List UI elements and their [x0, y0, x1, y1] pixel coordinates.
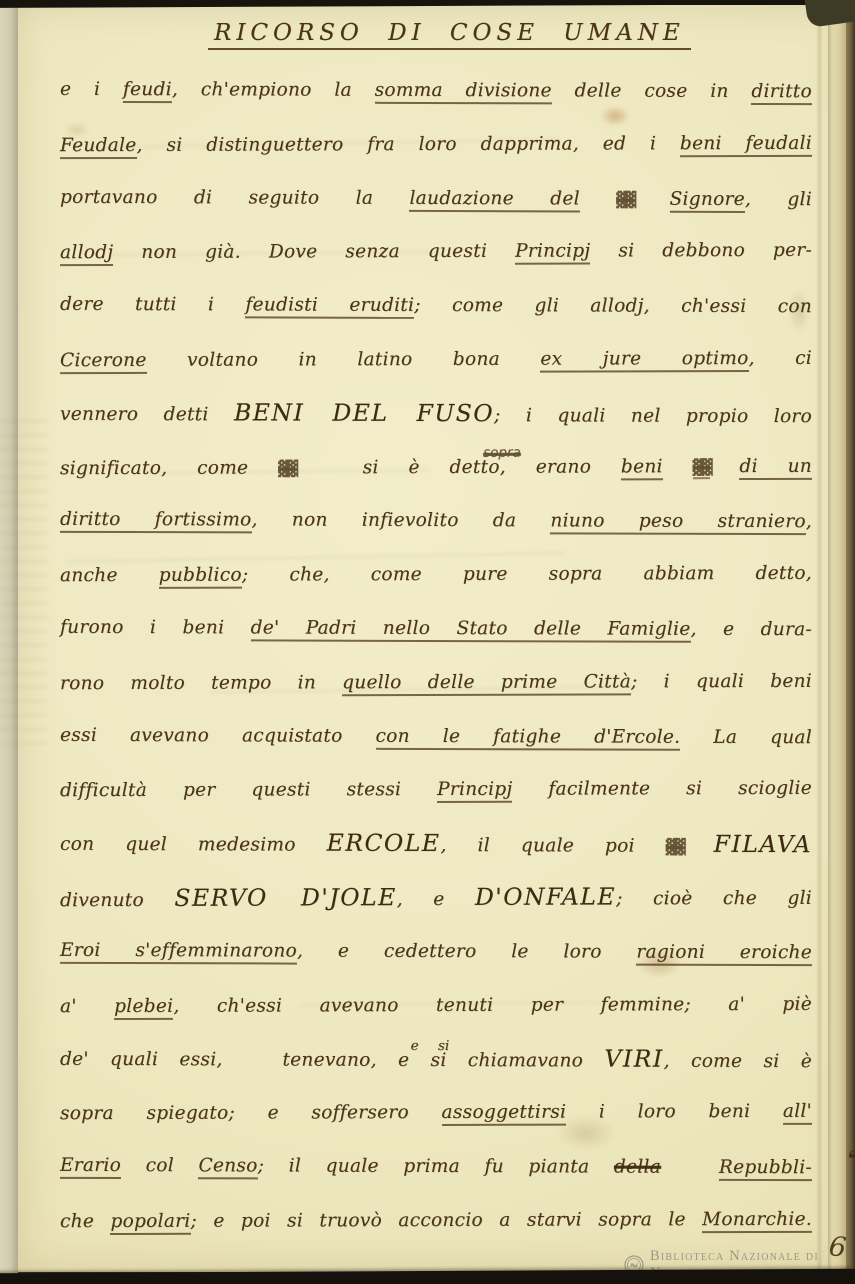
handwritten-text: dere tutti i [60, 294, 245, 316]
handwritten-text: , non infievolito da [251, 510, 550, 532]
handwritten-text: La qual [680, 726, 812, 747]
handwritten-text: , e cedettero le loro [297, 940, 636, 962]
handwritten-text: ; i quali beni [631, 671, 812, 693]
handwritten-text: si è detto, erano [333, 456, 621, 478]
handwritten-text: si debbono per- [590, 240, 812, 262]
handwritten-text: pubblico [159, 565, 242, 589]
handwritten-text: sopra spiegato; e soffersero [60, 1102, 442, 1124]
handwritten-text: Feudale [60, 135, 137, 159]
handwritten-text: col [121, 1155, 198, 1176]
scribble-blot: ▓▓ [693, 458, 710, 479]
handwritten-text: che [60, 1211, 111, 1232]
handwritten-text: facilmente si scioglie [512, 778, 812, 800]
manuscript-line: Eroi s'effemminarono, e cedettero le lor… [60, 924, 812, 980]
handwritten-text: Cicerone [60, 350, 147, 374]
book-edge [846, 0, 855, 1284]
scribble-blot: ▓▓ [616, 190, 633, 208]
handwritten-text: e i [60, 79, 123, 100]
handwritten-text: beni [621, 456, 663, 480]
handwritten-text: FILAVA [714, 830, 812, 858]
handwritten-text: voltano in latino bona [147, 349, 541, 371]
page-number-mark: 6 [827, 1231, 847, 1264]
handwritten-text: di un [739, 455, 812, 479]
manuscript-line: essi avevano acquistato con le fatighe d… [60, 708, 812, 764]
manuscript-line: de' quali essi,e si tenevano, e si chiam… [60, 1031, 812, 1087]
manuscript-line: vennero detti BENI DEL FUSO; i quali nel… [60, 386, 812, 442]
handwritten-text: , gli [745, 189, 812, 210]
page-fold-line [818, 0, 821, 1284]
handwritten-text: , si distinguettero fra loro dapprima, e… [136, 133, 679, 156]
manuscript-line: allodj non già. Dove senza questi Princi… [60, 224, 812, 280]
interlinear-insertion: delle [849, 1145, 855, 1161]
handwritten-text: somma divisione [375, 80, 552, 105]
handwritten-text: , il quale poi [440, 835, 665, 857]
handwritten-text: all' [783, 1101, 812, 1125]
manuscript-line: divenuto SERVO D'JOLE, e D'ONFALE; cioè … [60, 870, 812, 926]
handwritten-text: VIRI [604, 1045, 663, 1073]
manuscript-line: portavano di seguito la laudazione del ▓… [60, 170, 812, 226]
struck-word: delladelle [614, 1156, 694, 1177]
handwritten-text: popolari [110, 1211, 190, 1235]
handwritten-text: Signore [670, 188, 745, 212]
handwritten-text: tenevano, e si chiamavano [261, 1050, 604, 1072]
handwritten-text [710, 456, 740, 477]
handwritten-text: ; i quali nel propio loro [494, 405, 812, 427]
handwritten-text: niuno peso straniero [550, 511, 806, 536]
handwritten-text: , e [397, 889, 475, 910]
handwritten-text: ; come gli allodj, ch'essi con [414, 295, 812, 317]
manuscript-line: dere tutti i feudisti eruditi; come gli … [60, 278, 812, 334]
manuscript-line: Cicerone voltano in latino bona ex jure … [60, 332, 812, 388]
handwritten-text: divenuto [60, 890, 174, 911]
manuscript-line: Erario col Censo; il quale prima fu pian… [60, 1139, 812, 1195]
handwritten-text: beni feudali [680, 133, 812, 157]
handwritten-text: furono i beni [60, 617, 251, 639]
handwritten-text: de' Padri nello Stato delle Famiglie [251, 617, 691, 642]
handwritten-text: , e dura- [690, 619, 812, 640]
handwritten-text: rono molto tempo in [60, 672, 342, 694]
page-title: RICORSO DI COSE UMANE [208, 20, 691, 50]
scribble-blot: ▓▓sopra [278, 459, 333, 477]
handwritten-text: , ci [749, 348, 813, 369]
handwritten-text: ; il quale prima fu pianta [258, 1155, 614, 1177]
handwritten-text: Eroi s'effemminarono [60, 940, 297, 965]
manuscript-line: diritto fortissimo, non infievolito da n… [60, 493, 812, 549]
handwritten-text: delle cose in [552, 80, 752, 102]
handwritten-text: , [806, 512, 812, 533]
handwritten-text: de' quali essi,e si [60, 1049, 261, 1071]
handwritten-text [683, 836, 714, 857]
page-fore-edge [828, 0, 846, 1284]
handwritten-text: ex jure optimo [540, 348, 748, 373]
handwritten-text: ; cioè che gli [616, 888, 812, 910]
manuscript-lines: e i feudi, ch'empiono la somma divisione… [60, 64, 812, 1248]
handwritten-text: i loro beni [566, 1101, 783, 1123]
handwritten-text: BENI DEL FUSO [234, 398, 494, 427]
manuscript-line: a' plebei, ch'essi avevano tenuti per fe… [60, 977, 812, 1033]
handwritten-text: essi avevano acquistato [60, 724, 376, 746]
handwritten-text: significato, come [60, 457, 278, 479]
handwritten-text: vennero detti [60, 404, 234, 426]
manuscript-line: con quel medesimo ERCOLE, il quale poi ▓… [60, 816, 812, 872]
manuscript-scan: RICORSO DI COSE UMANE e i feudi, ch'empi… [0, 0, 855, 1284]
handwritten-text: anche [60, 565, 159, 586]
handwritten-text: Monarchie. [702, 1209, 812, 1233]
handwritten-text: D'ONFALE [475, 882, 616, 910]
manuscript-line: significato, come ▓▓sopra si è detto, er… [60, 439, 812, 495]
handwritten-text: diritto fortissimo [60, 509, 252, 534]
handwritten-text: ERCOLE [327, 829, 441, 857]
handwritten-text: Repubbli- [719, 1157, 812, 1181]
handwritten-text: , ch'essi avevano tenuti per femmine; a'… [173, 993, 812, 1016]
handwritten-text: laudazione del [409, 188, 579, 213]
handwritten-text: Principj [437, 779, 512, 803]
bleed-through-mark [0, 420, 48, 750]
handwritten-text: Principj [515, 241, 590, 265]
manuscript-line: furono i beni de' Padri nello Stato dell… [60, 601, 812, 657]
handwritten-text: SERVO D'JOLE [174, 883, 396, 912]
handwritten-text: Erario [60, 1155, 121, 1179]
handwritten-text [694, 1157, 719, 1178]
handwritten-text: plebei [114, 995, 173, 1019]
manuscript-line: che popolari; e poi si truovò acconcio a… [60, 1193, 812, 1249]
handwritten-text: Censo [198, 1155, 257, 1179]
handwritten-text: a' [60, 996, 114, 1017]
handwritten-text: quello delle prime Città [342, 671, 631, 696]
handwritten-text [663, 456, 693, 477]
handwritten-text: feudi [123, 79, 172, 103]
manuscript-line: e i feudi, ch'empiono la somma divisione… [60, 63, 812, 119]
handwritten-text [580, 188, 616, 209]
handwritten-text: , come si è [664, 1051, 812, 1072]
handwritten-text: ragioni eroiche [636, 941, 812, 966]
manuscript-line: sopra spiegato; e soffersero assoggettir… [60, 1085, 812, 1141]
handwritten-text [633, 188, 669, 209]
handwritten-text: portavano di seguito la [60, 186, 410, 208]
handwritten-text: non già. Dove senza questi [113, 241, 515, 263]
manuscript-line: Feudale, si distinguettero fra loro dapp… [60, 117, 812, 173]
handwritten-text: assoggettirsi [441, 1102, 566, 1126]
manuscript-line: difficultà per questi stessi Principj fa… [60, 762, 812, 818]
handwritten-text: diritto [751, 81, 812, 105]
handwritten-text: con le fatighe d'Ercole. [375, 725, 680, 750]
scribble-blot: ▓▓ [666, 838, 683, 856]
handwritten-text: ; e poi si truovò acconcio a starvi sopr… [190, 1209, 702, 1232]
handwritten-text: , ch'empiono la [172, 79, 375, 101]
handwritten-text: allodj [60, 242, 113, 266]
handwritten-text: feudisti eruditi [245, 295, 414, 320]
handwritten-text: ; che, come pure sopra abbiam detto, [242, 563, 812, 586]
manuscript-line: rono molto tempo in quello delle prime C… [60, 655, 812, 711]
handwritten-text: difficultà per questi stessi [60, 779, 437, 801]
handwritten-text: con quel medesimo [60, 834, 327, 856]
manuscript-line: anche pubblico; che, come pure sopra abb… [60, 547, 812, 603]
page-content: RICORSO DI COSE UMANE e i feudi, ch'empi… [60, 12, 812, 1248]
